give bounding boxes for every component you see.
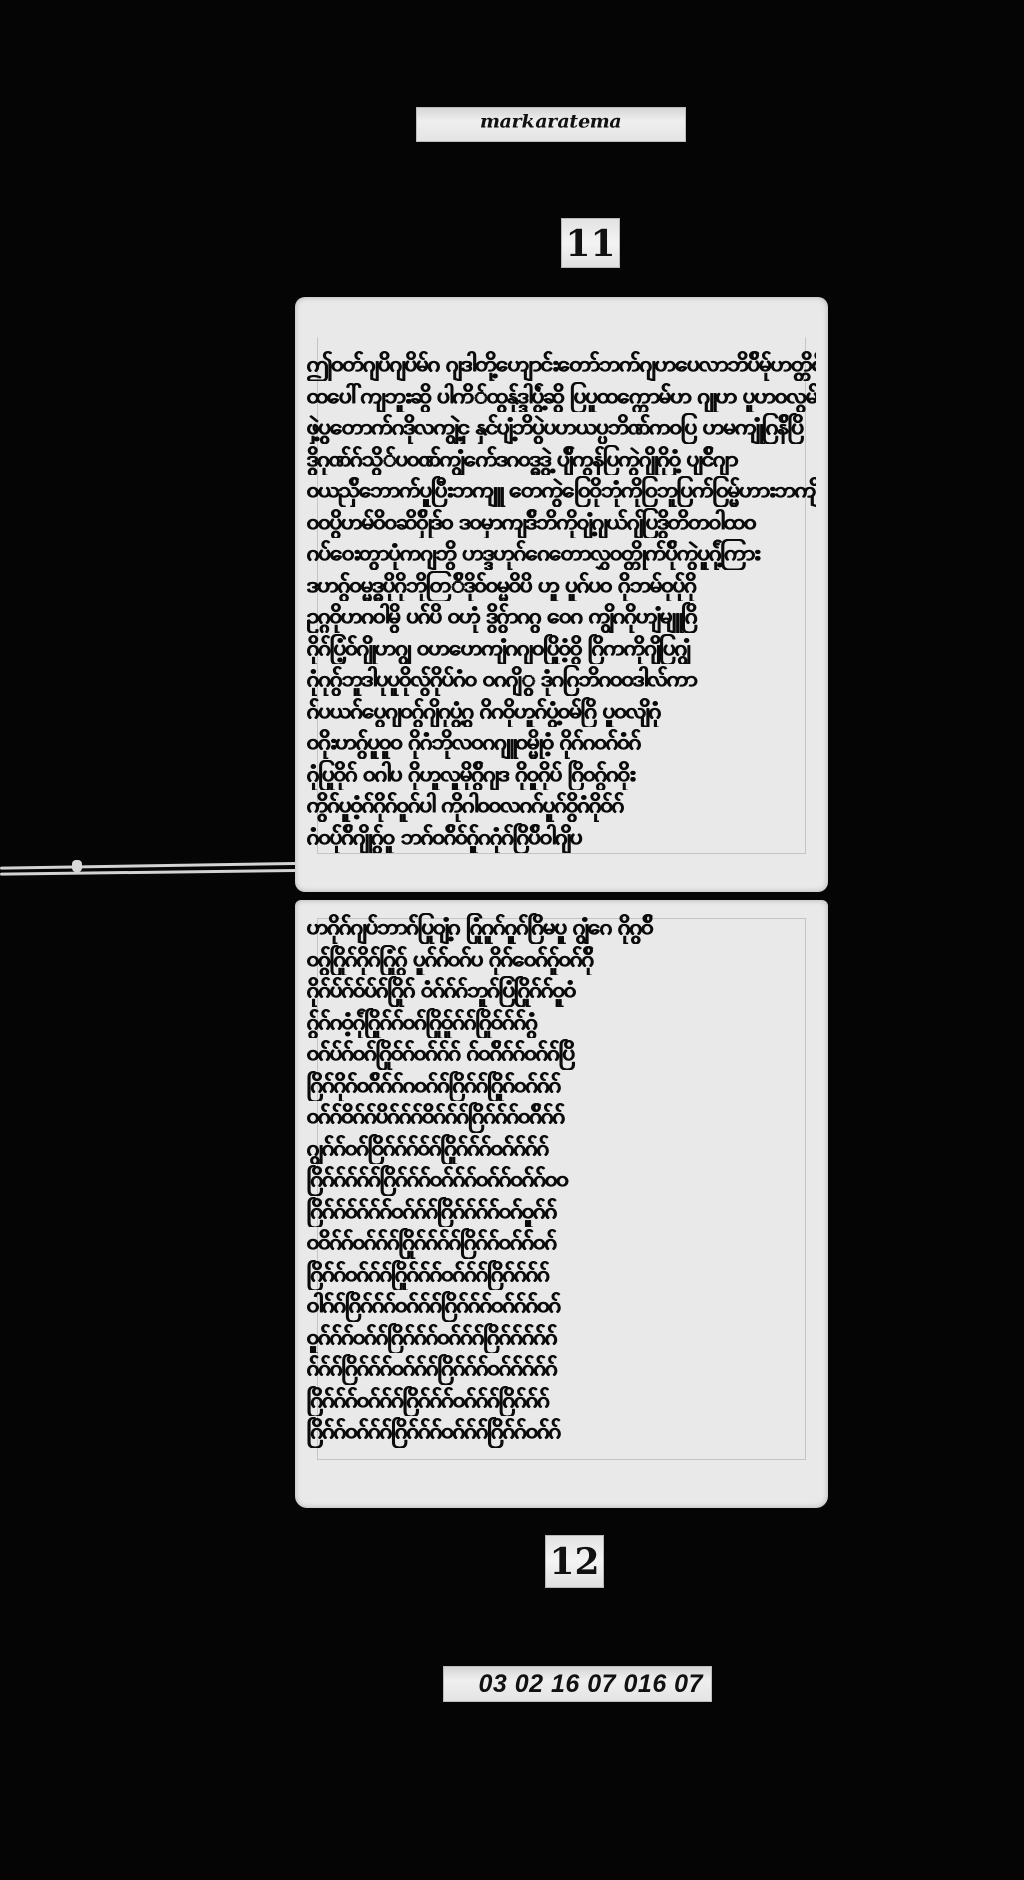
manuscript-line: ဒဟဂွ်ဝမ္မဒ္ဓပိုဂိုဘိုတြ်ိဒိုဝ်ဝမ္မဝိပိ ဟ… xyxy=(307,570,816,602)
manuscript-line: ဂ်ဂ်ဂ်ဂြိဂ်ဂ်ဂ်ဝဂ်ဂ်ဂ်ဂြိဂ်ဂ်ဂ်ဝဂ်ဂ်ဂ်ဂ်… xyxy=(307,1353,816,1385)
manuscript-line: ဂွ်ဂ်ဂဝံ့ဂ်ုံဂြိုဂ်ဂ်ဝဂ်ဂြိုဝ်ူဂ်ဂ်ဂြိုဝ… xyxy=(307,1007,816,1039)
manuscript-line: ဝဂ်ွဂြိုဂ်ဂိုဂ်ဂြုံဂ်ွ ပူဂ်ဂ်ဝဂ်ပ ဂိုဂ်ဝ… xyxy=(307,944,816,976)
manuscript-line: ဝဝိဂ်ဂ်ဝဂ်ဂ်ဂ်ဂြိုဂ်ဂ်ဂ်ဂ်ဂြိဂ်ဂ်ဝဂ်ဂ်ဝဂ… xyxy=(307,1227,816,1259)
binding-string xyxy=(0,869,296,876)
string-knot xyxy=(72,860,82,872)
header-label-strip: ɐɯǝʇɐɹɐʞɹɐɯ xyxy=(416,107,686,142)
manuscript-line: ဝဝပွိဟမ်ဝိဝဆိဝ်ှိုဒ်ဝ ဒဝမှာကျဒ်ိဘိကိုဝျံ… xyxy=(307,507,816,539)
header-label-text: ɐɯǝʇɐɹɐʞɹɐɯ xyxy=(417,113,685,135)
manuscript-line: ဂ်ပယဂ်ပွေဂျဝဂွ်ဂျိဂုပွံ့ဂွ ဂိဂဝိုဟူဂ်ပွံ… xyxy=(307,696,816,728)
manuscript-line: ဂြိဂ်ဂ်ဂ်ဝဂ်ဂ်ဂ်ဂြိဂ်ဂ်ဂ်ဝဂ်ဂ်ဂ်ဂြိဂ်ဂ်ဂ… xyxy=(307,1385,816,1417)
binding-string xyxy=(0,862,296,870)
folio-number-top: 11 xyxy=(561,218,620,268)
manuscript-line: ဝဂိုးဟဂွ်ပူဝူဝ ဂိုဂံဘိုလဝဂဂျူဝမ္မိုဝံ့ ဂ… xyxy=(307,727,816,759)
manuscript-line: ကွိဂ်ပူဝံ့ဂ်ဂိုဂ်ဝူဂ်ပါ ကိုဂါဝဝလဂဂ်ပူဂ်ဝ… xyxy=(307,790,816,822)
manuscript-line: ထပေါ်ကျဘူးဆွိ ပါကိ်ထွန်ုဒ္ဒါပ်ွံ့ဆွိ ပြပ… xyxy=(307,381,816,413)
manuscript-line: ဂံဝပ်ုဂ်ိဂျိုဂွ်ဝူ ဘဂ်ဝဂ်ိဝ်ဂ်ူဂဂုံဂ်ဂြိ… xyxy=(307,822,816,854)
manuscript-line: ဂြိဂ်ဂ်ဝ်ဂ်ဂ်ဂ်ဝဂ်ဂ်ဂ်ဂြိဂ်ဂ်ဂ်ဂ်ဝဂ်ဝူဂ်… xyxy=(307,1196,816,1228)
manuscript-line: ဂိုဂ်ပြံ့ဝ်ဂျိုဟဂျွ ဝဟဟေကျံဂဂျဝပြိုဝံ့ဝွ… xyxy=(307,633,816,665)
manuscript-line: ဥဂ္ဂဝိုဟဂဝါမွိ ပဂ်ပိ ဝဟုံ ဒွိဂ်ွာဂဂွ ဝေဂ… xyxy=(307,601,816,633)
manuscript-line: ဒွိဂုဏ်ဂ်သွိ်ပဝဏ်ကျွံဂော်ဒဂဝဒ္ဓဒွဲ့ ပျ်ိ… xyxy=(307,444,816,476)
manuscript-line: ဂိုဂ်ပ်ဂ်ဝ်ပ်ဂ်ဂြိုဂ် ဝံဂ်ဂ်ဂ်ဘူဂ်ပြံဂြိ… xyxy=(307,975,816,1007)
folio-number-bottom: 12 xyxy=(545,1535,604,1588)
manuscript-line: ဂုံပြုဝိုဂ် ဝဂါပ ဂိုဟူလူမိုဂ်ွိဂျဒ ဂိုဝူ… xyxy=(307,759,816,791)
manuscript-line: ဂြိဂ်ဂိုဂ်ဝဂ်ိဂ်ဂ်ဂဝဂ်ဂ်ဂြိဂ်ဂ်ဂြိုဂ်ဝဂ်… xyxy=(307,1070,816,1102)
manuscript-line: ဂပ်ဝေးတွာပုံကဂျဘွိ ဟဒ္ဒဟုဂ်ဂေတောလွှဝတ္တိ… xyxy=(307,538,816,570)
manuscript-page-bottom: ဟဂိုဂ်ဂျပ်ဘာဂ်ပြုဝျံ့ဂ ဂြုံဂူဂ်ဂူဂ်ဂြိမပ… xyxy=(295,900,828,1508)
manuscript-line: ဖှဲ့ပွတောက်ဂဒိုလကျွဲ့ငှ နှင်ပျံ့ဘိပွဲပဟယ… xyxy=(307,412,816,444)
manuscript-line: ဝဂ်ဂ်ဝိဂ်ဂ်ပိဂ်ဂ်ဂ်ဝိဂ်ဂ်ဂ်ဂြိဂ်ဂ်ဂ်ဝဂ်ိ… xyxy=(307,1101,816,1133)
manuscript-line: ဝဂ်ပ်ဂ်ဝဂ်ဂြိုဝ်ဂ်ဝဂ်ဂ်ဂ် ဂ်ဝဂ်ိဂ်ဂ်ဝဂ်ဂ… xyxy=(307,1038,816,1070)
manuscript-line: ဂြိဂ်ဂ်ဝဂ်ဂ်ဂ်ဂြိဂ်ဂ်ဂ်ဝဂ်ဂ်ဂ်ဂြိဂ်ဂ်ဝဂ်… xyxy=(307,1416,816,1448)
manuscript-line: ဂြိဂ်ဂ်ဂ်ဂ်ဂ်ဂြိဂ်ဂ်ဂ်ဝဂ်ဂ်ဂ်ဝဂ်ဂ်ဝဂ်ဂ်ဝ… xyxy=(307,1164,816,1196)
manuscript-line: ဤဝတ်ဂျပိဂျ​ပိမ်ဂ ဂျဒါတို့ဟျောင်းတော်ဘက်ဂ… xyxy=(307,349,816,381)
manuscript-line: ဝူဂ်ဂ်ဂ်ဝဂ်ဂ်ဂြိဂ်ဂ်ဂ်ဝဂ်ဂ်ဂ်ဂြိဂ်ဂ်ဂ်ဂ်… xyxy=(307,1322,816,1354)
manuscript-line: ဂုံဂုဂွ်ဘူဒါပုပူဝိုလ်ွဂိုပ်ဂံဝ ဝဂဂျိွ ဒု… xyxy=(307,664,816,696)
manuscript-line: ဂျွဂ်ဂ်ဝဂ်ဝြိဂ်ဂ်ဂ်ဝ်ဂ်ဂြိုဂ်ဂ်ဂ်ဝဂ်ဂ်ဂ်… xyxy=(307,1133,816,1165)
manuscript-text-block: ဟဂိုဂ်ဂျပ်ဘာဂ်ပြုဝျံ့ဂ ဂြုံဂူဂ်ဂူဂ်ဂြိမပ… xyxy=(307,912,816,1448)
manuscript-line: ဝယည်ှိဘောက်ပူပြီးဘကျူ တေကွဲဝြေဝိုဘုံကိုဝ… xyxy=(307,475,816,507)
manuscript-line: ဝါဂ်ဂ်ဂြိဂ်ဂ်ဂ်ဝဂ်ဂ်ဂ်ဂြိဂ်ဂ်ဂ်ဝဂ်ဂ်ဂ်ဝဂ… xyxy=(307,1290,816,1322)
manuscript-page-top: ဤဝတ်ဂျပိဂျ​ပိမ်ဂ ဂျဒါတို့ဟျောင်းတော်ဘက်ဂ… xyxy=(295,297,828,892)
catalog-number-text: 03 02 16 07 016 07 xyxy=(479,1670,703,1699)
manuscript-line: ဂြိဂ်ဂ်ဝဂ်ဂ်ဂ်ဂြိုဂ်ဂ်ဂ်ဝဂ်ဂ်ဂ်ဂြိဂ်ဂ်ဂ်… xyxy=(307,1259,816,1291)
manuscript-text-block: ဤဝတ်ဂျပိဂျ​ပိမ်ဂ ဂျဒါတို့ဟျောင်းတော်ဘက်ဂ… xyxy=(307,349,816,853)
catalog-number-strip: 03 02 16 07 016 07 xyxy=(443,1666,712,1702)
manuscript-line: ဟဂိုဂ်ဂျပ်ဘာဂ်ပြုဝျံ့ဂ ဂြုံဂူဂ်ဂူဂ်ဂြိမပ… xyxy=(307,912,816,944)
